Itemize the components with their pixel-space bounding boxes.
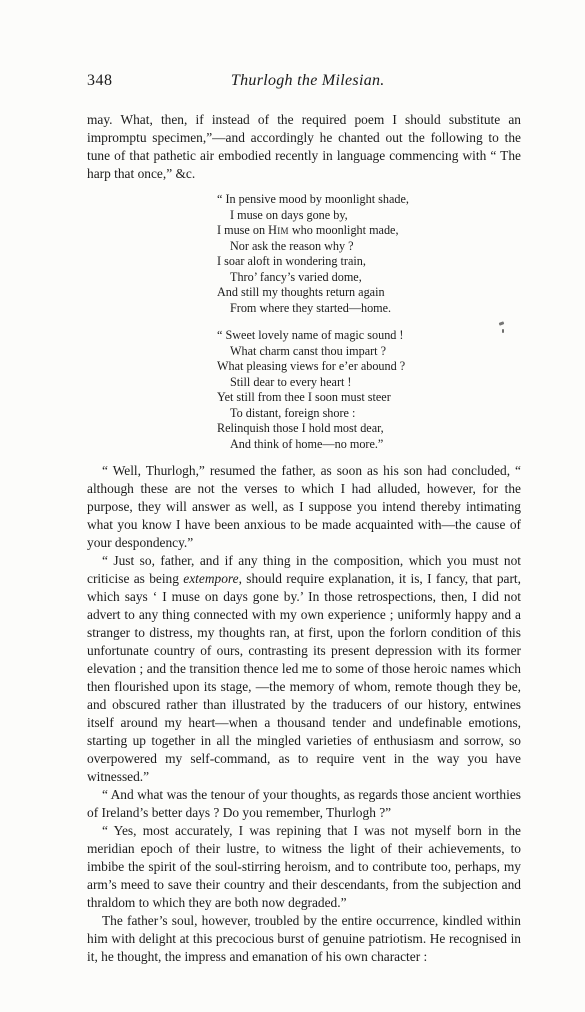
- poem-line: “ Sweet lovely name of magic sound !: [217, 328, 521, 344]
- poem-line: Still dear to every heart !: [217, 375, 521, 391]
- paragraph-3-rest: , should require explanation, it is, I f…: [87, 571, 521, 784]
- poem-smallcaps-him: Him: [268, 223, 289, 237]
- running-title: Thurlogh the Milesian.: [113, 72, 522, 90]
- poem-line-prefix: I muse on: [217, 223, 268, 237]
- poem-line: What pleasing views for e’er abound ?: [217, 359, 521, 375]
- poem-stanza-1: “ In pensive mood by moonlight shade, I …: [217, 192, 521, 316]
- poem-line: Thro’ fancy’s varied dome,: [217, 270, 521, 286]
- page-content: 348 Thurlogh the Milesian. may. What, th…: [87, 72, 521, 966]
- ink-speck: [502, 329, 504, 333]
- paragraph-5: “ Yes, most accurately, I was repining t…: [87, 822, 521, 912]
- paragraph-3: “ Just so, father, and if any thing in t…: [87, 552, 521, 786]
- poem-line: What charm canst thou impart ?: [217, 344, 521, 360]
- poem-stanza-2: “ Sweet lovely name of magic sound ! Wha…: [217, 328, 521, 452]
- page-header: 348 Thurlogh the Milesian.: [87, 72, 521, 92]
- poem-line: To distant, foreign shore :: [217, 406, 521, 422]
- paragraph-3-italic-extempore: extempore: [183, 571, 238, 586]
- poem-line: And think of home—no more.”: [217, 437, 521, 453]
- poem: “ In pensive mood by moonlight shade, I …: [217, 192, 521, 452]
- body-text: may. What, then, if instead of the requi…: [87, 111, 521, 966]
- poem-line: Yet still from thee I soon must steer: [217, 390, 521, 406]
- poem-line: From where they started—home.: [217, 301, 521, 317]
- poem-line: Nor ask the reason why ?: [217, 239, 521, 255]
- poem-line: Relinquish those I hold most dear,: [217, 421, 521, 437]
- poem-line: I soar aloft in wondering train,: [217, 254, 521, 270]
- poem-line: I muse on Him who moonlight made,: [217, 223, 521, 239]
- poem-line: I muse on days gone by,: [217, 208, 521, 224]
- paragraph-4: “ And what was the tenour of your though…: [87, 786, 521, 822]
- page-number: 348: [87, 72, 113, 90]
- paragraph-1: may. What, then, if instead of the requi…: [87, 111, 521, 183]
- poem-line: And still my thoughts return again: [217, 285, 521, 301]
- poem-line-suffix: who moonlight made,: [289, 223, 399, 237]
- book-page: 348 Thurlogh the Milesian. may. What, th…: [0, 0, 585, 1012]
- paragraph-6: The father’s soul, however, troubled by …: [87, 912, 521, 966]
- paragraph-2: “ Well, Thurlogh,” resumed the father, a…: [87, 462, 521, 552]
- poem-line: “ In pensive mood by moonlight shade,: [217, 192, 521, 208]
